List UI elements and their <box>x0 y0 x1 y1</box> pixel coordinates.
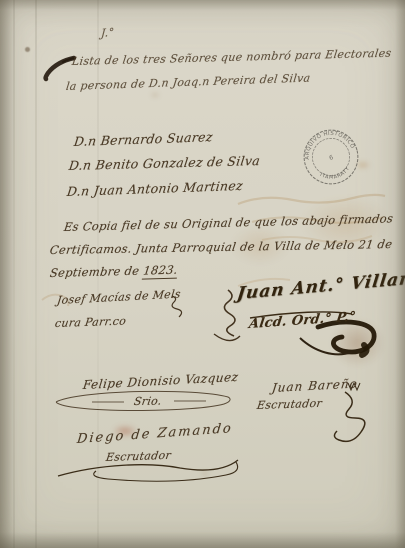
paper-crease <box>13 0 15 548</box>
certification-line-2: Certificamos. Junta Parroquial de la Vil… <box>49 237 393 257</box>
certification-year: 1823. <box>142 263 179 280</box>
elector-name-1: D.n Bernardo Suarez <box>73 129 214 149</box>
signature-title-felipe: Srio. <box>133 394 163 408</box>
heading-line-2: la persona de D.n Joaq.n Pereira del Sil… <box>65 71 311 93</box>
heading-line-1: Lista de los tres Señores que nombró par… <box>71 47 392 68</box>
pen-blot <box>46 58 74 79</box>
signature-rubric <box>94 462 238 481</box>
elector-name-3: D.n Juan Antonio Martinez <box>66 178 244 199</box>
signature-name-diego: Diego de Zamando <box>76 421 233 447</box>
signature-title-juan: Escrutador <box>256 397 323 412</box>
certification-line-3-prefix: Septiembre de <box>49 264 144 280</box>
stamp-arc-bottom-text: ITAMARATY <box>318 165 354 184</box>
brace-squiggle <box>214 334 240 341</box>
svg-text:ITAMARATY: ITAMARATY <box>318 165 354 184</box>
attestation-line-1: Josef Macías de Mels <box>56 287 181 307</box>
stain <box>200 470 210 477</box>
folio-mark: J.° <box>101 26 115 41</box>
stain <box>25 47 30 52</box>
certification-line-3: Septiembre de 1823. <box>49 263 179 280</box>
paper-crease <box>35 0 37 548</box>
signature-name-felipe: Felipe Dionisio Vazquez <box>82 370 239 392</box>
brace-squiggle <box>224 290 235 336</box>
main-signature-name: Juan Ant.° Villanueva <box>236 264 405 304</box>
attestation-line-2: cura Parr.co <box>54 314 127 330</box>
signature-rubric <box>334 392 364 441</box>
signature-title-diego: Escrutador <box>105 449 172 464</box>
archive-stamp: ARQUIVO HISTORICO ITAMARATY 6 <box>291 119 372 196</box>
stamp-center-text: 6 <box>329 154 335 162</box>
manuscript-page: J.° Lista de los tres Señores que nombró… <box>0 0 405 548</box>
signature-name-juan: Juan Bareño <box>271 376 359 395</box>
stain <box>150 92 160 98</box>
